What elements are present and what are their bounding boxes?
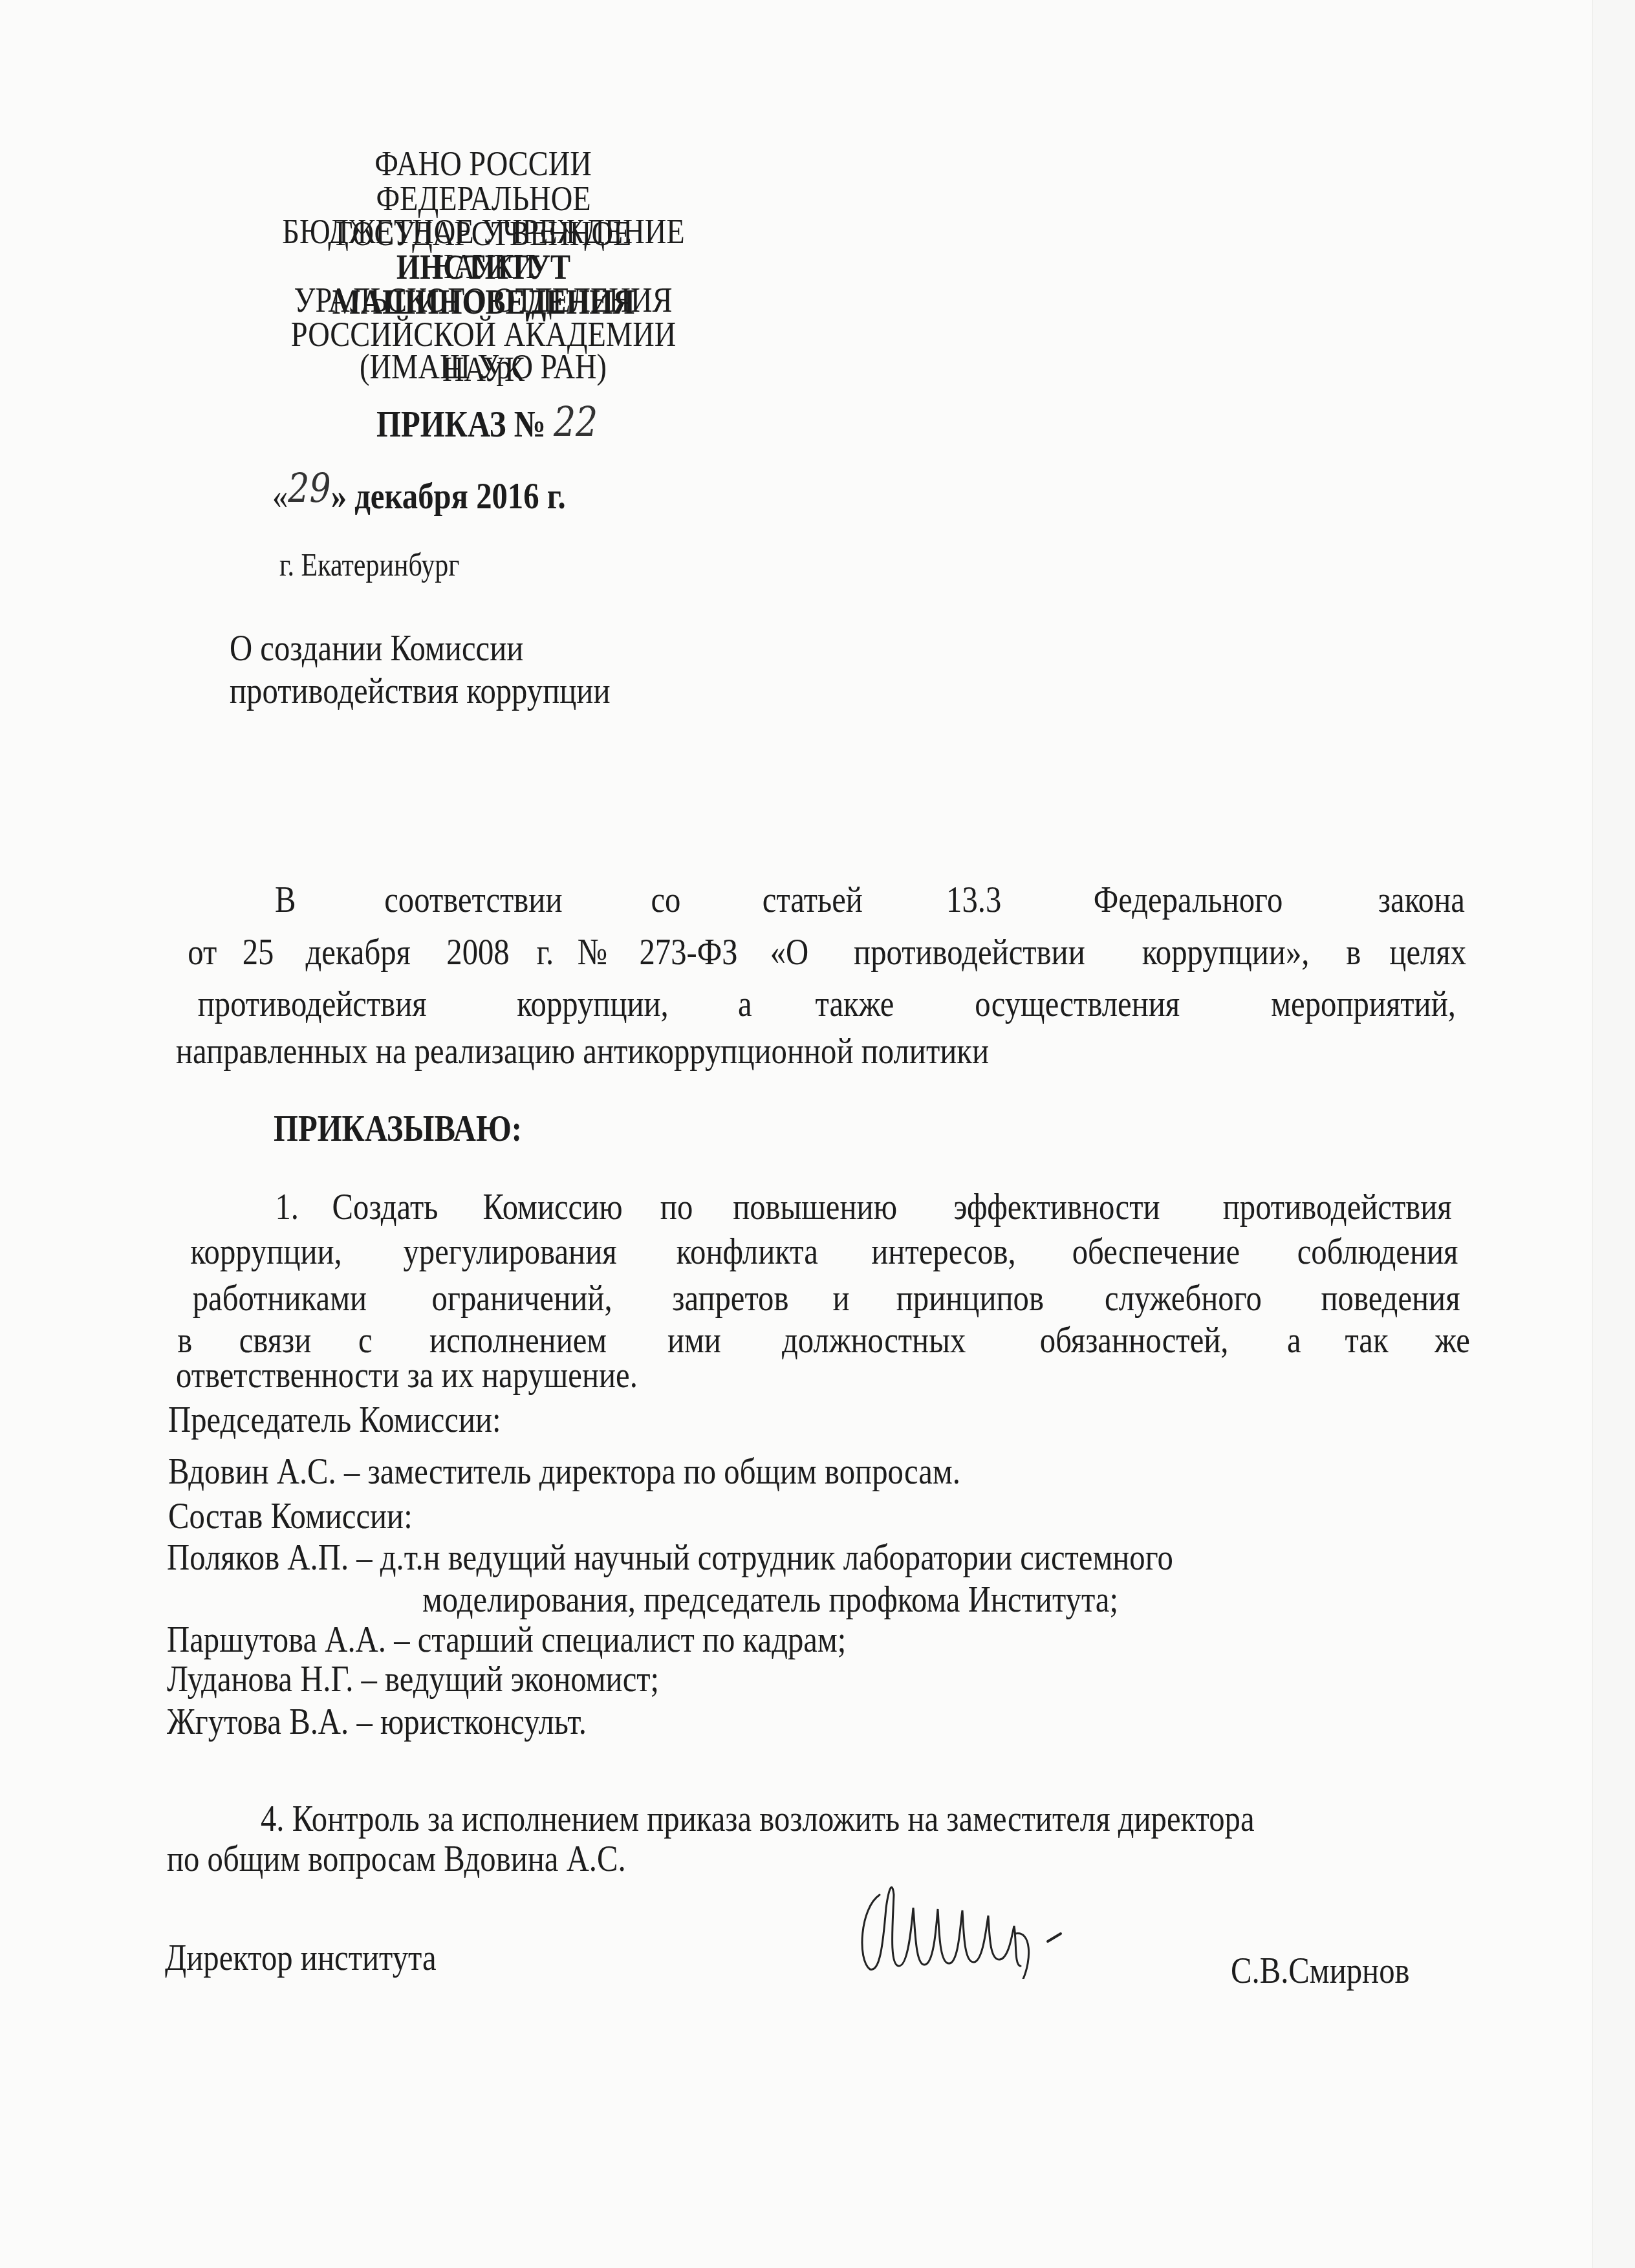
chair-label: Председатель Комиссии: bbox=[168, 1400, 565, 1439]
order-title: ПРИКАЗ № 22 bbox=[376, 404, 640, 444]
preamble-line-1: Всоответствиисостатьей13.3Федеральногоза… bbox=[176, 880, 1473, 919]
item1-line-1: 1.СоздатьКомиссиюпоповышениюэффективност… bbox=[176, 1187, 1473, 1226]
header-line-abbrev: (ИМАШ УрО РАН) bbox=[223, 349, 744, 384]
item1-line-5: ответственности за их нарушение. bbox=[176, 1355, 726, 1394]
item4-line-1: 4. Контроль за исполнением приказа возло… bbox=[261, 1799, 1444, 1838]
item1-line-3: работникамиограничений,запретовипринципо… bbox=[176, 1279, 1473, 1317]
chair-entry: Вдовин А.С. – заместитель директора по о… bbox=[168, 1452, 1111, 1491]
member-parshutova: Паршутова А.А. – старший специалист по к… bbox=[167, 1620, 975, 1659]
directive-heading: ПРИКАЗЫВАЮ: bbox=[274, 1109, 569, 1148]
order-city: г. Екатеринбург bbox=[279, 548, 493, 581]
header-line-ural: УРАЛЬСКОГО ОТДЕЛЕНИЯ bbox=[223, 283, 744, 318]
preamble-line-4: направленных на реализацию антикоррупцио… bbox=[176, 1031, 1143, 1070]
item1-line-2: коррупции,урегулированияконфликтаинтерес… bbox=[176, 1232, 1473, 1271]
member-zhgutova: Жгутова В.А. – юристконсульт. bbox=[167, 1702, 667, 1741]
member-ludanova: Луданова Н.Г. – ведущий экономист; bbox=[167, 1659, 753, 1698]
members-label: Состав Комиссии: bbox=[168, 1496, 459, 1535]
preamble-line-3: противодействиякоррупции,атакжеосуществл… bbox=[176, 984, 1473, 1023]
member-polyakov: Поляков А.П. – д.т.н ведущий научный сот… bbox=[167, 1538, 1365, 1577]
subject-line-1: О создании Комиссии bbox=[230, 629, 579, 667]
subject-line-2: противодействия коррупции bbox=[230, 671, 683, 710]
header-line-agency: ФАНО РОССИИ bbox=[223, 146, 744, 181]
scan-page-edge bbox=[1592, 0, 1635, 2268]
member-polyakov-cont: моделирования, председатель профкома Инс… bbox=[422, 1580, 1251, 1619]
item4-line-2: по общим вопросам Вдовина А.С. bbox=[167, 1839, 713, 1878]
signature-name: С.В.Смирнов bbox=[1231, 1951, 1444, 1990]
handwritten-signature-icon bbox=[854, 1869, 1145, 1979]
preamble-line-2: от25декабря2008г.№273-ФЗ«Опротиводействи… bbox=[176, 933, 1473, 971]
date-day-handwritten: 29 bbox=[288, 464, 330, 512]
signature-position: Директор института bbox=[165, 1938, 488, 1977]
order-number-handwritten: 22 bbox=[554, 399, 598, 447]
order-date: «29» декабря 2016 г. bbox=[272, 475, 622, 515]
